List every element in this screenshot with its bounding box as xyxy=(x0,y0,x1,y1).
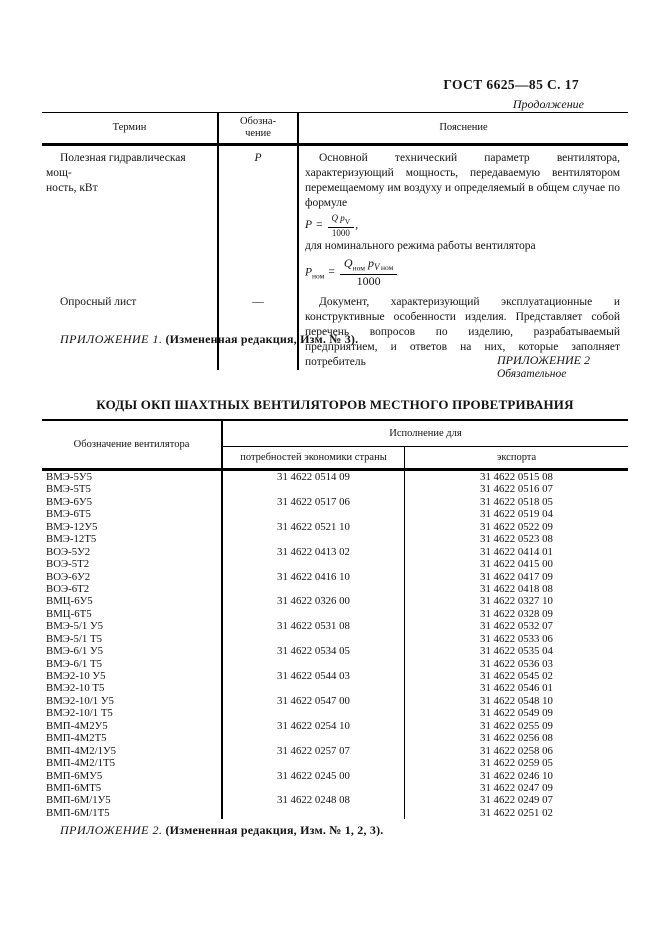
vent-designation: ВМЭ-12Т5 xyxy=(42,533,223,545)
formula-power: P=Q pV1000, xyxy=(305,213,620,238)
okp-code-export: 31 4622 0546 01 xyxy=(405,682,628,694)
vent-designation: ВМП-4М2Т5 xyxy=(42,732,223,744)
appendix2-label: ПРИЛОЖЕНИЕ 2 xyxy=(497,354,590,367)
formula-equals: = xyxy=(312,219,327,231)
okp-header-economy: потребностей экономики страны xyxy=(223,447,405,471)
okp-code-economy xyxy=(223,533,405,545)
okp-code-economy xyxy=(223,757,405,769)
vent-designation: ВМЭ-6/1 Т5 xyxy=(42,658,223,670)
okp-code-export: 31 4622 0258 06 xyxy=(405,745,628,757)
okp-code-export: 31 4622 0522 09 xyxy=(405,521,628,533)
okp-code-economy: 31 4622 0413 02 xyxy=(223,546,405,558)
appendix1-note: ПРИЛОЖЕНИЕ 1. (Измененная редакция, Изм.… xyxy=(60,332,358,347)
okp-code-export: 31 4622 0247 09 xyxy=(405,782,628,794)
okp-code-economy xyxy=(223,608,405,620)
vent-designation: ВМП-4М2/1Т5 xyxy=(42,757,223,769)
okp-code-economy: 31 4622 0517 06 xyxy=(223,496,405,508)
okp-code-export: 31 4622 0532 07 xyxy=(405,620,628,632)
okp-code-export: 31 4622 0259 05 xyxy=(405,757,628,769)
vent-designation: ВМЭ-6У5 xyxy=(42,496,223,508)
okp-code-export: 31 4622 0548 10 xyxy=(405,695,628,707)
vent-designation: ВМП-6М/1У5 xyxy=(42,794,223,806)
formula-nominal-power: Pном=Qном pV ном1000 xyxy=(305,257,620,288)
vent-designation: ВМЭ-5У5 xyxy=(42,471,223,483)
appendix2-note: ПРИЛОЖЕНИЕ 2. (Измененная редакция, Изм.… xyxy=(60,823,384,838)
appendix2-note-label: ПРИЛОЖЕНИЕ 2. xyxy=(60,823,162,837)
okp-code-economy: 31 4622 0254 10 xyxy=(223,720,405,732)
appendix2-note-text: (Измененная редакция, Изм. № 1, 2, 3). xyxy=(165,823,383,837)
okp-code-economy xyxy=(223,782,405,794)
okp-code-export: 31 4622 0523 08 xyxy=(405,533,628,545)
vent-designation: ВМП-6М/1Т5 xyxy=(42,807,223,819)
okp-table-title: КОДЫ ОКП ШАХТНЫХ ВЕНТИЛЯТОРОВ МЕСТНОГО П… xyxy=(42,397,628,413)
terms-table-header-explanation: Пояснение xyxy=(299,113,628,146)
vent-designation: ВМП-4М2У5 xyxy=(42,720,223,732)
vent-designation: ВМЭ-6Т5 xyxy=(42,508,223,520)
okp-code-export: 31 4622 0519 04 xyxy=(405,508,628,520)
vent-designation: ВМЭ-5/1 У5 xyxy=(42,620,223,632)
vent-designation: ВМЭ-6/1 У5 xyxy=(42,645,223,657)
vent-designation: ВМП-4М2/1У5 xyxy=(42,745,223,757)
vent-designation: ВМЭ-5/1 Т5 xyxy=(42,633,223,645)
okp-code-export: 31 4622 0417 09 xyxy=(405,571,628,583)
vent-designation: ВМЦ-6Т5 xyxy=(42,608,223,620)
continuation-label: Продолжение xyxy=(513,97,584,112)
okp-code-export: 31 4622 0535 04 xyxy=(405,645,628,657)
term-cell: Опросный лист xyxy=(42,290,219,370)
okp-code-economy: 31 4622 0534 05 xyxy=(223,645,405,657)
appendix2-subtitle: Обязательное xyxy=(497,368,566,380)
appendix1-note-text: (Измененная редакция, Изм. № 3). xyxy=(165,332,358,346)
okp-code-economy xyxy=(223,583,405,595)
okp-code-export: 31 4622 0518 05 xyxy=(405,496,628,508)
okp-header-designation: Обозначение вентилятора xyxy=(42,421,223,471)
okp-code-export: 31 4622 0415 00 xyxy=(405,558,628,570)
okp-code-export: 31 4622 0515 08 xyxy=(405,471,628,483)
okp-code-economy: 31 4622 0514 09 xyxy=(223,471,405,483)
okp-code-economy: 31 4622 0531 08 xyxy=(223,620,405,632)
okp-code-export: 31 4622 0328 09 xyxy=(405,608,628,620)
fraction: Q pV1000 xyxy=(328,213,355,238)
vent-designation: ВМЭ-5Т5 xyxy=(42,483,223,495)
formula-equals: = xyxy=(324,266,339,278)
okp-code-export: 31 4622 0536 03 xyxy=(405,658,628,670)
document-page: ГОСТ 6625—85 С. 17 Продолжение Термин Об… xyxy=(0,0,661,936)
okp-code-economy xyxy=(223,732,405,744)
okp-code-economy: 31 4622 0248 08 xyxy=(223,794,405,806)
symbol-cell: P xyxy=(219,146,299,290)
okp-code-export: 31 4622 0249 07 xyxy=(405,794,628,806)
formula-lhs: P xyxy=(305,219,312,231)
formula-lhs: P xyxy=(305,266,312,278)
okp-code-export: 31 4622 0256 08 xyxy=(405,732,628,744)
terms-table-header-symbol: Обозна- чение xyxy=(219,113,299,146)
okp-code-economy xyxy=(223,658,405,670)
symbol-cell: — xyxy=(219,290,299,370)
vent-designation: ВОЭ-6Т2 xyxy=(42,583,223,595)
vent-designation: ВМЭ2-10/1 Т5 xyxy=(42,707,223,719)
vent-designation: ВМЭ-12У5 xyxy=(42,521,223,533)
okp-code-economy xyxy=(223,483,405,495)
appendix1-note-label: ПРИЛОЖЕНИЕ 1. xyxy=(60,332,162,346)
page-header: ГОСТ 6625—85 С. 17 xyxy=(443,77,579,93)
okp-code-economy: 31 4622 0416 10 xyxy=(223,571,405,583)
term-cell: Полезная гидравлическая мощ- ность, кВт xyxy=(42,146,219,290)
okp-code-economy: 31 4622 0245 00 xyxy=(223,770,405,782)
okp-code-export: 31 4622 0251 02 xyxy=(405,807,628,819)
okp-header-export: экспорта xyxy=(405,447,628,471)
vent-designation: ВОЭ-5Т2 xyxy=(42,558,223,570)
okp-code-economy xyxy=(223,707,405,719)
explanation-paragraph: Основной технический параметр вентилятор… xyxy=(305,151,620,211)
vent-designation: ВМП-6МУ5 xyxy=(42,770,223,782)
vent-designation: ВОЭ-5У2 xyxy=(42,546,223,558)
okp-code-economy: 31 4622 0544 03 xyxy=(223,670,405,682)
vent-designation: ВМЭ2-10 Т5 xyxy=(42,682,223,694)
okp-code-export: 31 4622 0533 06 xyxy=(405,633,628,645)
okp-code-economy: 31 4622 0326 00 xyxy=(223,595,405,607)
terms-table-header-term: Термин xyxy=(42,113,219,146)
okp-code-economy xyxy=(223,558,405,570)
vent-designation: ВМП-6МТ5 xyxy=(42,782,223,794)
formula-condition-text: для номинального режима работы вентилято… xyxy=(305,239,620,254)
okp-table-body: ВМЭ-5У5 31 4622 0514 09 31 4622 0515 08 … xyxy=(42,471,628,819)
explanation-cell: Основной технический параметр вентилятор… xyxy=(299,146,628,290)
vent-designation: ВМЭ2-10 У5 xyxy=(42,670,223,682)
okp-table: Обозначение вентилятора Исполнение для п… xyxy=(42,419,628,819)
okp-code-export: 31 4622 0255 09 xyxy=(405,720,628,732)
okp-code-economy xyxy=(223,807,405,819)
okp-code-export: 31 4622 0327 10 xyxy=(405,595,628,607)
okp-code-economy: 31 4622 0521 10 xyxy=(223,521,405,533)
okp-code-export: 31 4622 0549 09 xyxy=(405,707,628,719)
vent-designation: ВМЦ-6У5 xyxy=(42,595,223,607)
okp-code-economy: 31 4622 0547 00 xyxy=(223,695,405,707)
fraction: Qном pV ном1000 xyxy=(340,257,397,288)
okp-code-export: 31 4622 0545 02 xyxy=(405,670,628,682)
okp-code-export: 31 4622 0246 10 xyxy=(405,770,628,782)
okp-code-economy: 31 4622 0257 07 xyxy=(223,745,405,757)
okp-code-economy xyxy=(223,508,405,520)
okp-code-economy xyxy=(223,682,405,694)
okp-header-execution: Исполнение для xyxy=(223,421,628,447)
okp-code-export: 31 4622 0418 08 xyxy=(405,583,628,595)
vent-designation: ВОЭ-6У2 xyxy=(42,571,223,583)
okp-code-export: 31 4622 0414 01 xyxy=(405,546,628,558)
okp-code-export: 31 4622 0516 07 xyxy=(405,483,628,495)
vent-designation: ВМЭ2-10/1 У5 xyxy=(42,695,223,707)
okp-code-economy xyxy=(223,633,405,645)
